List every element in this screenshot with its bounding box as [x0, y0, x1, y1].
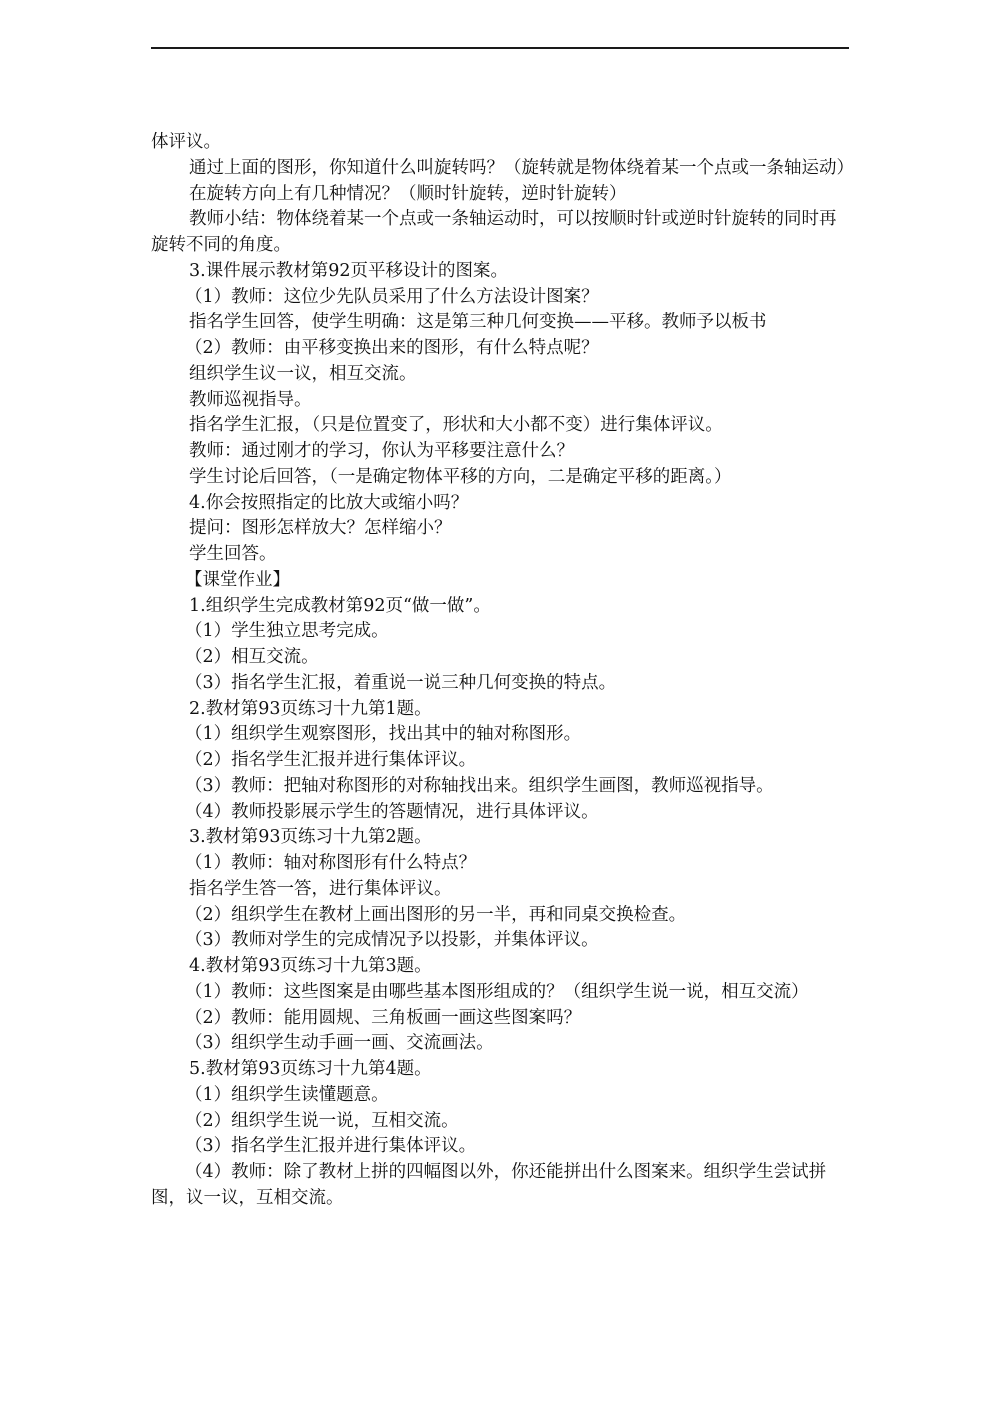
list-item: （4）教师投影展示学生的答题情况，进行具体评议。 — [151, 800, 851, 826]
list-item: （1）教师：轴对称图形有什么特点？ — [151, 851, 851, 877]
section-heading: 2.教材第93页练习十九第1题。 — [151, 697, 851, 723]
paragraph: 在旋转方向上有几种情况？（顺时针旋转，逆时针旋转） — [151, 182, 851, 208]
list-item: （3）组织学生动手画一画、交流画法。 — [151, 1031, 851, 1057]
list-item: （2）教师：能用圆规、三角板画一画这些图案吗？ — [151, 1006, 851, 1032]
paragraph: 学生讨论后回答，（一是确定物体平移的方向，二是确定平移的距离。） — [151, 465, 851, 491]
section-heading: 5.教材第93页练习十九第4题。 — [151, 1057, 851, 1083]
section-heading: 3.课件展示教材第92页平移设计的图案。 — [151, 259, 851, 285]
paragraph: 指名学生答一答，进行集体评议。 — [151, 877, 851, 903]
list-item: （4）教师：除了教材上拼的四幅图以外，你还能拼出什么图案来。组织学生尝试拼图，议… — [151, 1160, 851, 1212]
list-item: （3）指名学生汇报并进行集体评议。 — [151, 1134, 851, 1160]
list-item: （2）组织学生在教材上画出图形的另一半，再和同桌交换检查。 — [151, 903, 851, 929]
list-item: （1）教师：这位少先队员采用了什么方法设计图案？ — [151, 285, 851, 311]
section-heading: 4.教材第93页练习十九第3题。 — [151, 954, 851, 980]
document-body: 体评议。 通过上面的图形，你知道什么叫旋转吗？（旋转就是物体绕着某一个点或一条轴… — [151, 130, 851, 1212]
paragraph: 指名学生汇报，（只是位置变了，形状和大小都不变）进行集体评议。 — [151, 413, 851, 439]
paragraph: 教师：通过刚才的学习，你认为平移要注意什么？ — [151, 439, 851, 465]
list-item: （2）指名学生汇报并进行集体评议。 — [151, 748, 851, 774]
list-item: （2）组织学生说一说，互相交流。 — [151, 1109, 851, 1135]
list-item: （2）相互交流。 — [151, 645, 851, 671]
paragraph: 组织学生议一议，相互交流。 — [151, 362, 851, 388]
list-item: （1）教师：这些图案是由哪些基本图形组成的？（组织学生说一说，相互交流） — [151, 980, 851, 1006]
list-item: （3）教师对学生的完成情况予以投影，并集体评议。 — [151, 928, 851, 954]
section-heading: 1.组织学生完成教材第92页“做一做”。 — [151, 594, 851, 620]
list-item: （3）指名学生汇报，着重说一说三种几何变换的特点。 — [151, 671, 851, 697]
list-item: （3）教师：把轴对称图形的对称轴找出来。组织学生画图，教师巡视指导。 — [151, 774, 851, 800]
paragraph: 体评议。 — [151, 130, 851, 156]
section-heading: 4.你会按照指定的比放大或缩小吗？ — [151, 491, 851, 517]
list-item: （1）组织学生观察图形，找出其中的轴对称图形。 — [151, 722, 851, 748]
section-title-classwork: 【课堂作业】 — [151, 568, 851, 594]
header-rule — [151, 47, 849, 49]
list-item: （2）教师：由平移变换出来的图形，有什么特点呢？ — [151, 336, 851, 362]
paragraph: 提问：图形怎样放大？怎样缩小？ — [151, 516, 851, 542]
paragraph: 指名学生回答，使学生明确：这是第三种几何变换——平移。教师予以板书 — [151, 310, 851, 336]
paragraph: 教师巡视指导。 — [151, 388, 851, 414]
list-item: （1）组织学生读懂题意。 — [151, 1083, 851, 1109]
section-heading: 3.教材第93页练习十九第2题。 — [151, 825, 851, 851]
list-item: （1）学生独立思考完成。 — [151, 619, 851, 645]
paragraph: 教师小结：物体绕着某一个点或一条轴运动时，可以按顺时针或逆时针旋转的同时再旋转不… — [151, 207, 851, 259]
paragraph: 通过上面的图形，你知道什么叫旋转吗？（旋转就是物体绕着某一个点或一条轴运动） — [151, 156, 851, 182]
paragraph: 学生回答。 — [151, 542, 851, 568]
